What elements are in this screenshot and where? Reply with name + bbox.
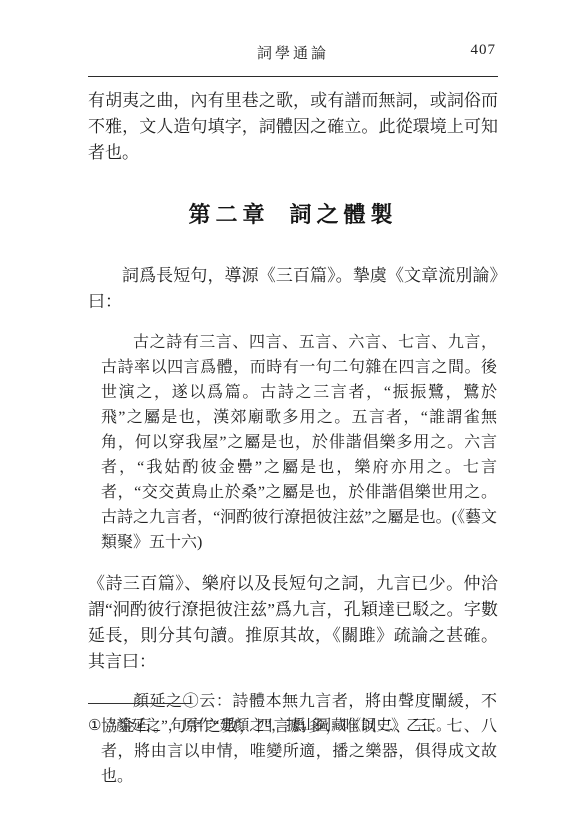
chapter-number: 第二章: [188, 202, 269, 227]
page-header: 詞學通論 407: [88, 42, 498, 77]
paragraph-discussion: 《詩三百篇》、樂府以及長短句之詞，九言已少。仲洽謂“泂酌彼行潦挹彼注兹”爲九言，…: [88, 571, 498, 675]
chapter-name: 詞之體製: [290, 202, 398, 227]
running-title: 詞學通論: [257, 46, 329, 62]
paragraph-intro: 詞爲長短句，導源《三百篇》。摯虞《文章流別論》曰：: [88, 263, 498, 315]
block-quote-wenzhang-liubielun: 古之詩有三言、四言、五言、六言、七言、九言，古詩率以四言爲體，而時有一句二句雜在…: [101, 330, 497, 555]
chapter-title: 第二章詞之體製: [88, 198, 498, 229]
footnote-text: “顏延之”，原作“延顏之”，據山圖藏《詞史》乙正。: [109, 715, 498, 737]
footnote-separator-rule: [88, 703, 190, 704]
book-page: 詞學通論 407 有胡夷之曲，內有里巷之歌，或有譜而無詞，或詞俗而不雅，文人造句…: [0, 0, 567, 822]
text-block: 有胡夷之曲，內有里巷之歌，或有譜而無詞，或詞俗而不雅，文人造句填字，詞體因之確立…: [88, 88, 498, 789]
footnote-marker: ①: [88, 715, 101, 737]
footnote-area: ① “顏延之”，原作“延顏之”，據山圖藏《詞史》乙正。: [88, 703, 498, 737]
page-number: 407: [471, 42, 497, 59]
paragraph-continuation: 有胡夷之曲，內有里巷之歌，或有譜而無詞，或詞俗而不雅，文人造句填字，詞體因之確立…: [88, 88, 498, 166]
footnote: ① “顏延之”，原作“延顏之”，據山圖藏《詞史》乙正。: [88, 715, 498, 737]
